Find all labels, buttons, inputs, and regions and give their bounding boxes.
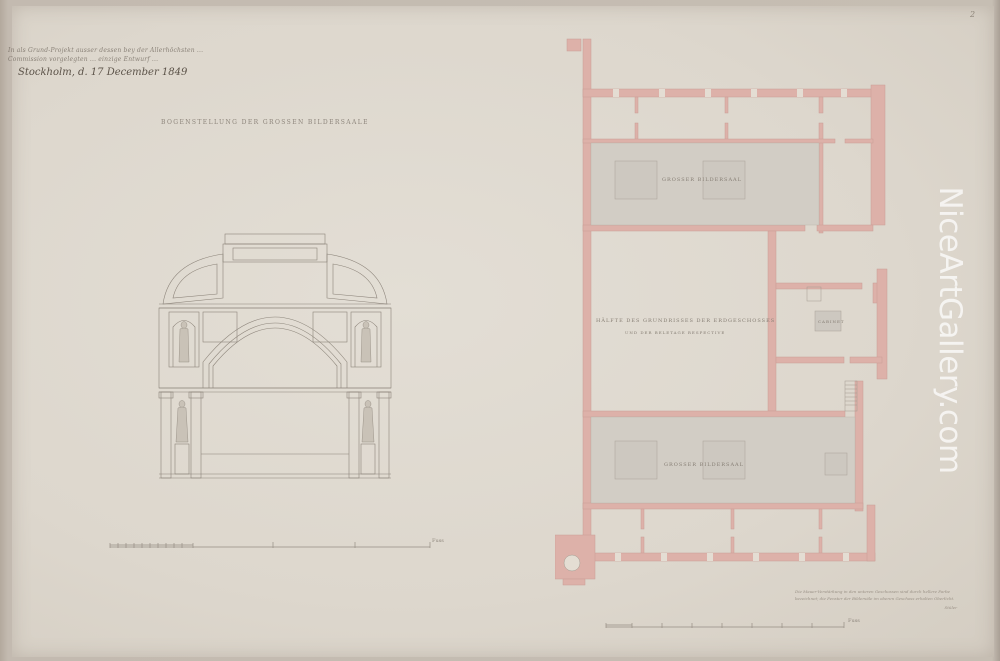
elevation-scale-label: Fuss xyxy=(432,538,444,544)
handwritten-note-line-2: Commission vorgelegten ... einzige Entwu… xyxy=(8,55,218,64)
floor-plan-drawing xyxy=(555,35,905,595)
plan-notes-signature: Stüler xyxy=(795,604,957,611)
arch-elevation-drawing xyxy=(155,232,395,482)
elevation-title: BOGENSTELLUNG DER GROSSEN BILDERSAALE xyxy=(150,119,380,126)
sheet-number: 2 xyxy=(970,10,975,19)
room-label-lower-hall: GROSSER BILDERSAAL xyxy=(664,462,744,468)
watermark: NiceArtGallery.com xyxy=(930,170,970,490)
plan-scale-bar xyxy=(604,620,864,630)
handwritten-note: In als Grund-Projekt ausser dessen bey d… xyxy=(8,46,218,80)
room-label-upper-hall: GROSSER BILDERSAAL xyxy=(662,177,742,183)
plan-notes: Die Mauer-Verstärkung in den unteren Ges… xyxy=(795,588,965,611)
watermark-text: NiceArtGallery.com xyxy=(932,186,968,473)
room-sublabel-center-hall: UND DER BELETAGE RESPECTIVE xyxy=(625,330,725,335)
plan-scale-label: Fuss xyxy=(848,618,860,624)
handwritten-note-line-1: In als Grund-Projekt ausser dessen bey d… xyxy=(8,46,218,55)
room-label-cabinet: CABINET xyxy=(818,319,845,324)
room-label-center-hall: HÄLFTE DES GRUNDRISSES DER ERDGESCHOSSES xyxy=(596,318,775,324)
plan-notes-text: Die Mauer-Verstärkung in den unteren Ges… xyxy=(795,588,965,602)
handwritten-signature-date: Stockholm, d. 17 December 1849 xyxy=(18,66,218,80)
elevation-scale-bar xyxy=(108,540,448,550)
